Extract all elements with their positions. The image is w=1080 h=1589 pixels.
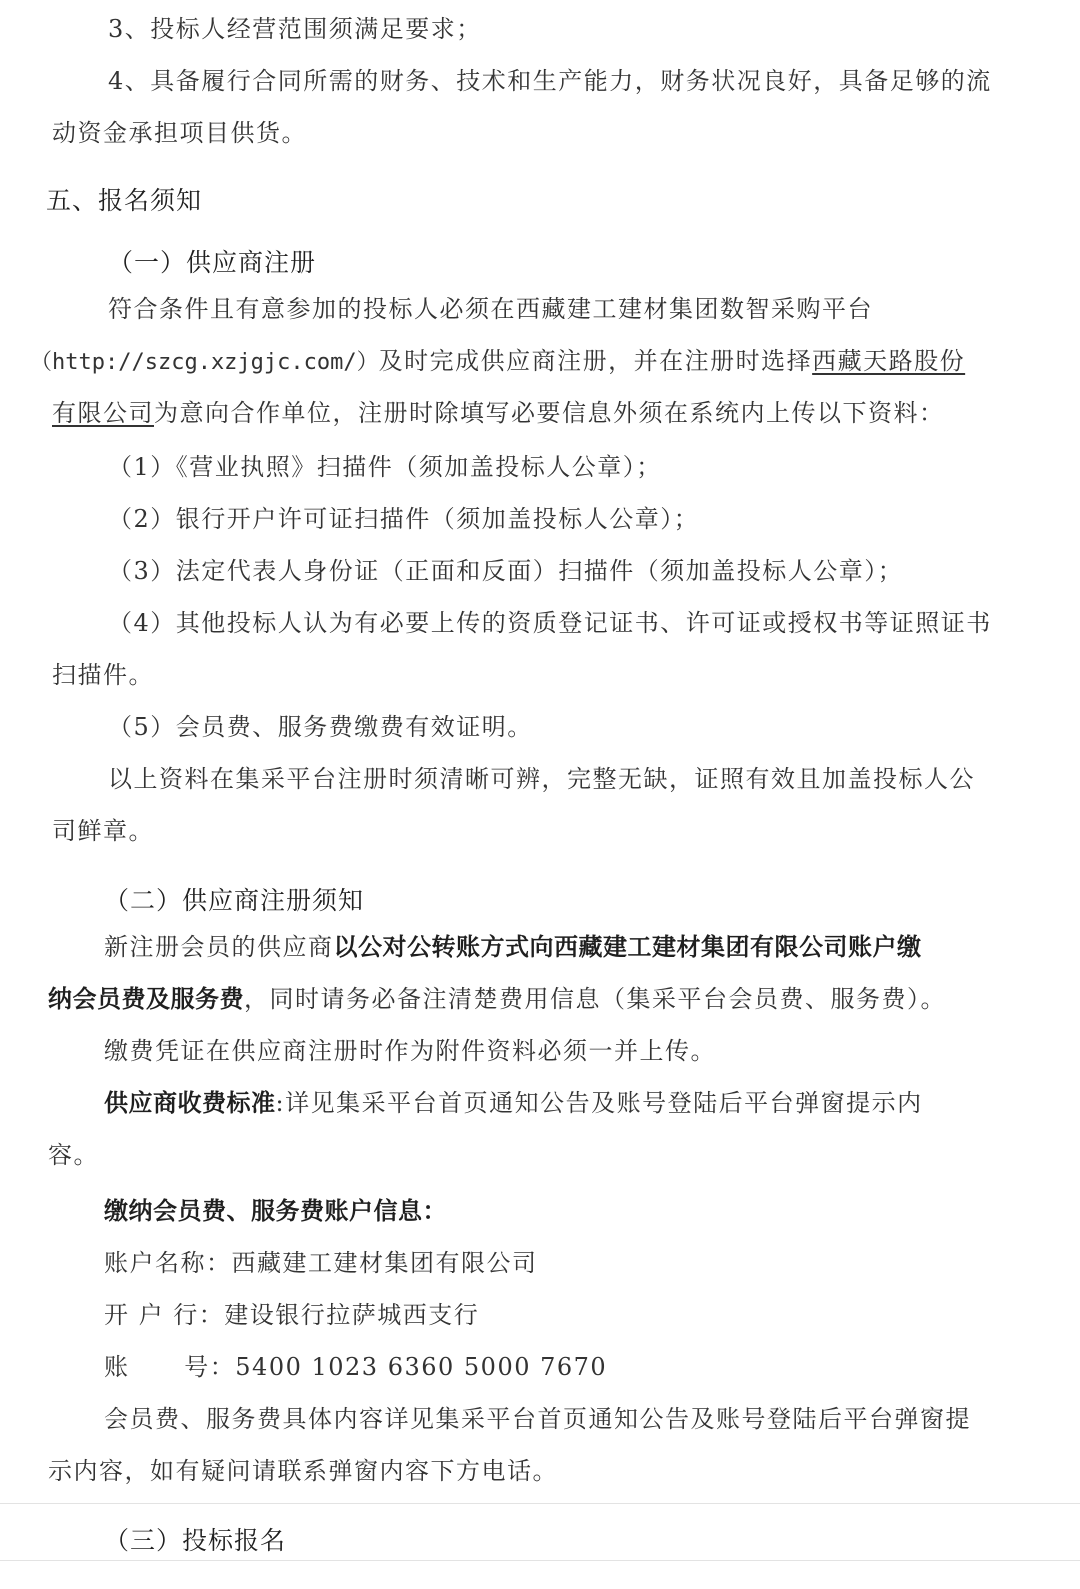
document-item-2: （2）银行开户许可证扫描件（须加盖投标人公章）； [108, 504, 699, 534]
page-fold-line [0, 1503, 1080, 1504]
payment-para-line1: 新注册会员的供应商以公对公转账方式向西藏建工建材集团有限公司账户缴 [104, 932, 922, 962]
registration-para-line1: 符合条件且有意参加的投标人必须在西藏建工建材集团数智采购平台 [108, 294, 873, 324]
document-item-4: （4）其他投标人认为有必要上传的资质登记证书、许可证或授权书等证照证书 [108, 608, 992, 638]
documents-note-line1: 以上资料在集采平台注册时须清晰可辨，完整无缺，证照有效且加盖投标人公 [108, 764, 975, 794]
subsection-3-title: （三）投标报名 [104, 1526, 286, 1556]
requirement-item-3: 3、投标人经营范围须满足要求； [108, 14, 482, 44]
account-name: 账户名称：西藏建工建材集团有限公司 [104, 1248, 538, 1278]
account-number: 5400 1023 6360 5000 7670 [235, 1353, 607, 1381]
upload-instruction: 为意向合作单位，注册时除填写必要信息外须在系统内上传以下资料： [154, 399, 945, 427]
closing-note-line2: 示内容，如有疑问请联系弹窗内容下方电话。 [48, 1456, 558, 1486]
voucher-upload-note: 缴费凭证在供应商注册时作为附件资料必须一并上传。 [104, 1036, 716, 1066]
fee-standard-text: :详见集采平台首页通知公告及账号登陆后平台弹窗提示内 [276, 1089, 923, 1117]
partner-company-part1: 西藏天路股份 [812, 347, 965, 375]
account-number-label: 账 号： [104, 1353, 235, 1381]
registration-text: 及时完成供应商注册，并在注册时选择 [379, 347, 813, 375]
section-5-title: 五、报名须知 [46, 186, 202, 216]
account-number-row: 账 号：5400 1023 6360 5000 7670 [104, 1352, 607, 1382]
registration-para-line2: （http://szcg.xzjgjc.com/）及时完成供应商注册，并在注册时… [30, 346, 965, 378]
subsection-2-title: （二）供应商注册须知 [104, 886, 364, 916]
requirement-item-4-line1: 4、具备履行合同所需的财务、技术和生产能力，财务状况良好，具备足够的流 [108, 66, 992, 96]
document-item-3: （3）法定代表人身份证（正面和反面）扫描件（须加盖投标人公章）； [108, 556, 903, 586]
payment-intro: 新注册会员的供应商 [104, 933, 334, 961]
payment-remark: ，同时请务必备注清楚费用信息（集采平台会员费、服务费）。 [244, 985, 946, 1013]
subsection-1-title: （一）供应商注册 [108, 248, 316, 278]
document-item-5: （5）会员费、服务费缴费有效证明。 [108, 712, 533, 742]
partner-company-part2: 有限公司 [52, 399, 154, 427]
fee-standard-line1: 供应商收费标准:详见集采平台首页通知公告及账号登陆后平台弹窗提示内 [104, 1088, 923, 1118]
closing-note-line1: 会员费、服务费具体内容详见集采平台首页通知公告及账号登陆后平台弹窗提 [104, 1404, 971, 1434]
payment-method-bold: 以公对公转账方式向西藏建工建材集团有限公司账户缴 [334, 932, 922, 961]
document-item-4-cont: 扫描件。 [52, 660, 154, 690]
fee-standard-line2: 容。 [48, 1140, 99, 1170]
fee-standard-label: 供应商收费标准 [104, 1088, 276, 1117]
payment-fees-bold: 纳会员费及服务费 [48, 984, 244, 1013]
account-bank: 开 户 行：建设银行拉萨城西支行 [104, 1300, 479, 1330]
page-fold-line-lower [0, 1560, 1080, 1561]
documents-note-line2: 司鲜章。 [52, 816, 154, 846]
requirement-item-4-line2: 动资金承担项目供货。 [52, 118, 307, 148]
document-page: 3、投标人经营范围须满足要求； 4、具备履行合同所需的财务、技术和生产能力，财务… [0, 0, 1080, 1589]
payment-para-line2: 纳会员费及服务费，同时请务必备注清楚费用信息（集采平台会员费、服务费）。 [48, 984, 946, 1014]
document-item-1: （1）《营业执照》扫描件（须加盖投标人公章）； [108, 452, 662, 482]
platform-url: （http://szcg.xzjgjc.com/） [30, 350, 379, 375]
account-info-heading: 缴纳会员费、服务费账户信息： [104, 1196, 447, 1226]
registration-para-line3: 有限公司为意向合作单位，注册时除填写必要信息外须在系统内上传以下资料： [52, 398, 945, 428]
